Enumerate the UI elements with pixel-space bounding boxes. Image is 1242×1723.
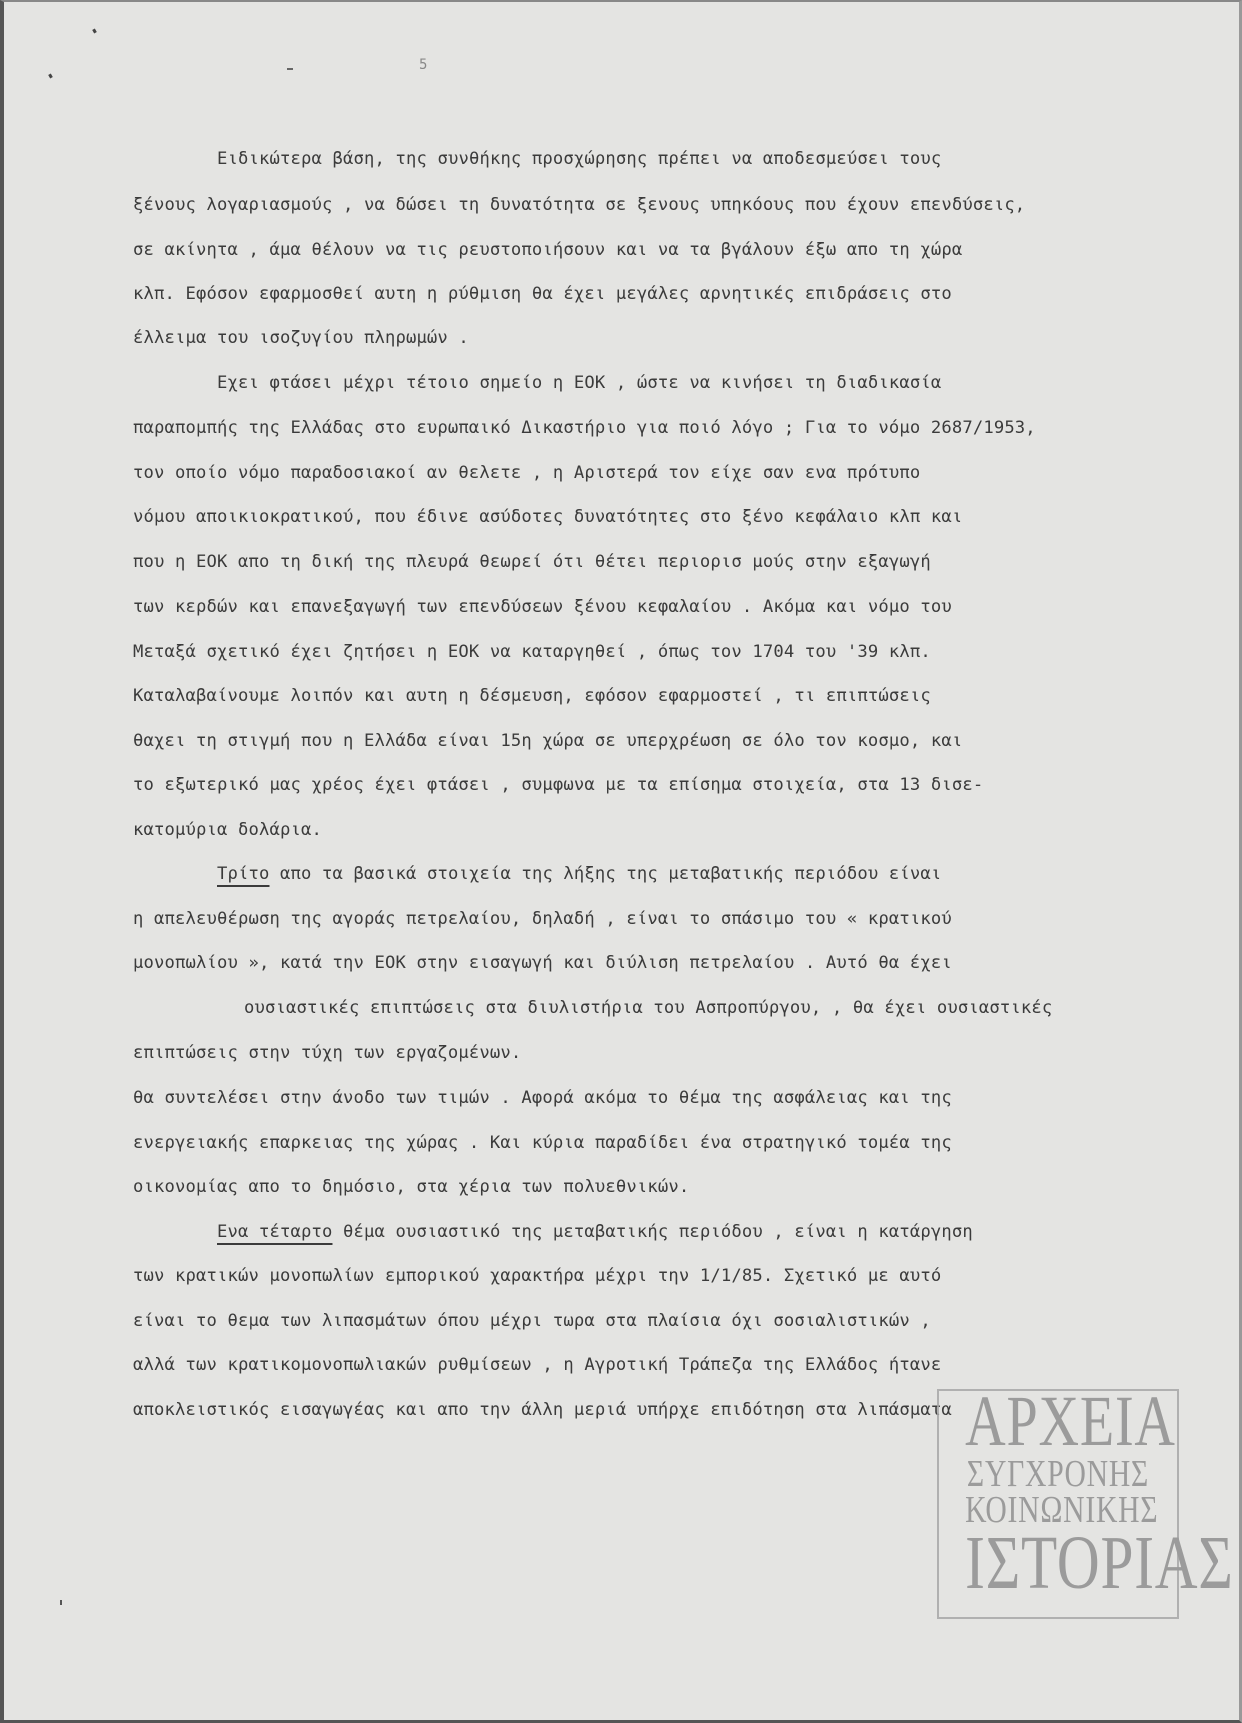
scan-speck (48, 74, 53, 79)
text-line: Ειδικώτερα βάση, της συνθήκης προσχώρηση… (217, 149, 941, 169)
scan-dash-mark (287, 68, 293, 70)
text-line: έλλειμα του ισοζυγίου πληρωμών . (133, 328, 469, 348)
line-text: Μεταξά σχετικό έχει ζητήσει η ΕΟΚ να κατ… (133, 642, 931, 662)
line-text: είναι το θεμα των λιπασμάτων όπου μέχρι … (133, 1311, 931, 1331)
text-line: Εχει φτάσει μέχρι τέτοιο σημείο η ΕΟΚ , … (217, 373, 941, 393)
text-line: επιπτώσεις στην τύχη των εργαζομένων. (133, 1043, 521, 1063)
line-text: παραπομπής της Ελλάδας στο ευρωπαικό Δικ… (133, 418, 1036, 438)
text-line: των κρατικών μονοπωλίων εμπορικού χαρακτ… (133, 1266, 941, 1286)
scanned-page: 5 Ειδικώτερα βάση, της συνθήκης προσχώρη… (0, 0, 1242, 1723)
line-text: ουσιαστικές επιπτώσεις στα διυλιστήρια τ… (244, 998, 1052, 1018)
line-text: αλλά των κρατικομονοπωλιακών ρυθμίσεων ,… (133, 1355, 941, 1375)
text-line: κατομύρια δολάρια. (133, 820, 322, 840)
text-line: η απελευθέρωση της αγοράς πετρελαίου, δη… (133, 909, 952, 929)
stamp-line-1: ΑΡΧΕΙΑ (965, 1385, 1151, 1457)
text-line: οικονομίας απο το δημόσιο, στα χέρια των… (133, 1177, 689, 1197)
text-line: ξένους λογαριασμούς , να δώσει τη δυνατό… (133, 195, 1025, 215)
line-text: ξένους λογαριασμούς , να δώσει τη δυνατό… (133, 195, 1025, 215)
line-text: θα συντελέσει στην άνοδο των τιμών . Αφο… (133, 1088, 952, 1108)
scan-speck (60, 1600, 62, 1605)
text-line: αποκλειστικός εισαγωγέας και απο την άλλ… (133, 1400, 952, 1420)
text-line: Τρίτο απο τα βασικά στοιχεία της λήξης τ… (217, 864, 941, 884)
text-line: τον οποίο νόμο παραδοσιακοί αν θελετε , … (133, 463, 920, 483)
line-text: μονοπωλίου », κατά την ΕΟΚ στην εισαγωγή… (133, 953, 952, 973)
text-line: που η ΕΟΚ απο τη δική της πλευρά θεωρεί … (133, 552, 931, 572)
line-text: που η ΕΟΚ απο τη δική της πλευρά θεωρεί … (133, 552, 931, 572)
page-number: 5 (419, 57, 427, 73)
text-line: το εξωτερικό μας χρέος έχει φτάσει , συμ… (133, 775, 983, 795)
stamp-line-4: ΙΣΤΟΡΙΑΣ (965, 1525, 1151, 1601)
text-line: θα συντελέσει στην άνοδο των τιμών . Αφο… (133, 1088, 952, 1108)
text-line: μονοπωλίου », κατά την ΕΟΚ στην εισαγωγή… (133, 953, 952, 973)
text-line: Μεταξά σχετικό έχει ζητήσει η ΕΟΚ να κατ… (133, 642, 931, 662)
line-text: απο τα βασικά στοιχεία της λήξης της μετ… (270, 864, 942, 884)
text-line: νόμου αποικιοκρατικού, που έδινε ασύδοτε… (133, 507, 962, 527)
line-text: επιπτώσεις στην τύχη των εργαζομένων. (133, 1043, 521, 1063)
stamp-line-2: ΣΥΓΧΡΟΝΗΣ (965, 1455, 1151, 1493)
line-text: κατομύρια δολάρια. (133, 820, 322, 840)
text-line: Ενα τέταρτο θέμα ουσιαστικό της μεταβατι… (217, 1222, 973, 1242)
text-line: των κερδών και επανεξαγωγή των επενδύσεω… (133, 597, 952, 617)
line-text: τον οποίο νόμο παραδοσιακοί αν θελετε , … (133, 463, 920, 483)
line-text: νόμου αποικιοκρατικού, που έδινε ασύδοτε… (133, 507, 962, 527)
line-text: το εξωτερικό μας χρέος έχει φτάσει , συμ… (133, 775, 983, 795)
line-text: η απελευθέρωση της αγοράς πετρελαίου, δη… (133, 909, 952, 929)
archive-watermark-stamp: ΑΡΧΕΙΑ ΣΥΓΧΡΟΝΗΣ ΚΟΙΝΩΝΙΚΗΣ ΙΣΤΟΡΙΑΣ (937, 1389, 1179, 1619)
line-text: έλλειμα του ισοζυγίου πληρωμών . (133, 328, 469, 348)
text-line: ενεργειακής επαρκειας της χώρας . Και κύ… (133, 1133, 952, 1153)
line-text: των κρατικών μονοπωλίων εμπορικού χαρακτ… (133, 1266, 941, 1286)
line-text: αποκλειστικός εισαγωγέας και απο την άλλ… (133, 1400, 952, 1420)
line-text: Εχει φτάσει μέχρι τέτοιο σημείο η ΕΟΚ , … (217, 373, 941, 393)
text-line: κλπ. Εφόσον εφαρμοσθεί αυτη η ρύθμιση θα… (133, 284, 952, 304)
scan-speck (92, 29, 97, 34)
line-text: των κερδών και επανεξαγωγή των επενδύσεω… (133, 597, 952, 617)
underlined-heading: Τρίτο (217, 864, 270, 884)
underlined-heading: Ενα τέταρτο (217, 1222, 332, 1242)
line-text: θαχει τη στιγμή που η Ελλάδα είναι 15η χ… (133, 731, 962, 751)
text-line: είναι το θεμα των λιπασμάτων όπου μέχρι … (133, 1311, 931, 1331)
text-line: Καταλαβαίνουμε λοιπόν και αυτη η δέσμευσ… (133, 686, 931, 706)
text-line: παραπομπής της Ελλάδας στο ευρωπαικό Δικ… (133, 418, 1036, 438)
line-text: σε ακίνητα , άμα θέλουν να τις ρευστοποι… (133, 240, 962, 260)
text-line: σε ακίνητα , άμα θέλουν να τις ρευστοποι… (133, 240, 962, 260)
text-line: ουσιαστικές επιπτώσεις στα διυλιστήρια τ… (244, 998, 1052, 1018)
line-text: Ειδικώτερα βάση, της συνθήκης προσχώρηση… (217, 149, 941, 169)
line-text: κλπ. Εφόσον εφαρμοσθεί αυτη η ρύθμιση θα… (133, 284, 952, 304)
text-line: θαχει τη στιγμή που η Ελλάδα είναι 15η χ… (133, 731, 962, 751)
line-text: οικονομίας απο το δημόσιο, στα χέρια των… (133, 1177, 689, 1197)
line-text: ενεργειακής επαρκειας της χώρας . Και κύ… (133, 1133, 952, 1153)
line-text: Καταλαβαίνουμε λοιπόν και αυτη η δέσμευσ… (133, 686, 931, 706)
line-text: θέμα ουσιαστικό της μεταβατικής περιόδου… (332, 1222, 972, 1242)
text-line: αλλά των κρατικομονοπωλιακών ρυθμίσεων ,… (133, 1355, 941, 1375)
